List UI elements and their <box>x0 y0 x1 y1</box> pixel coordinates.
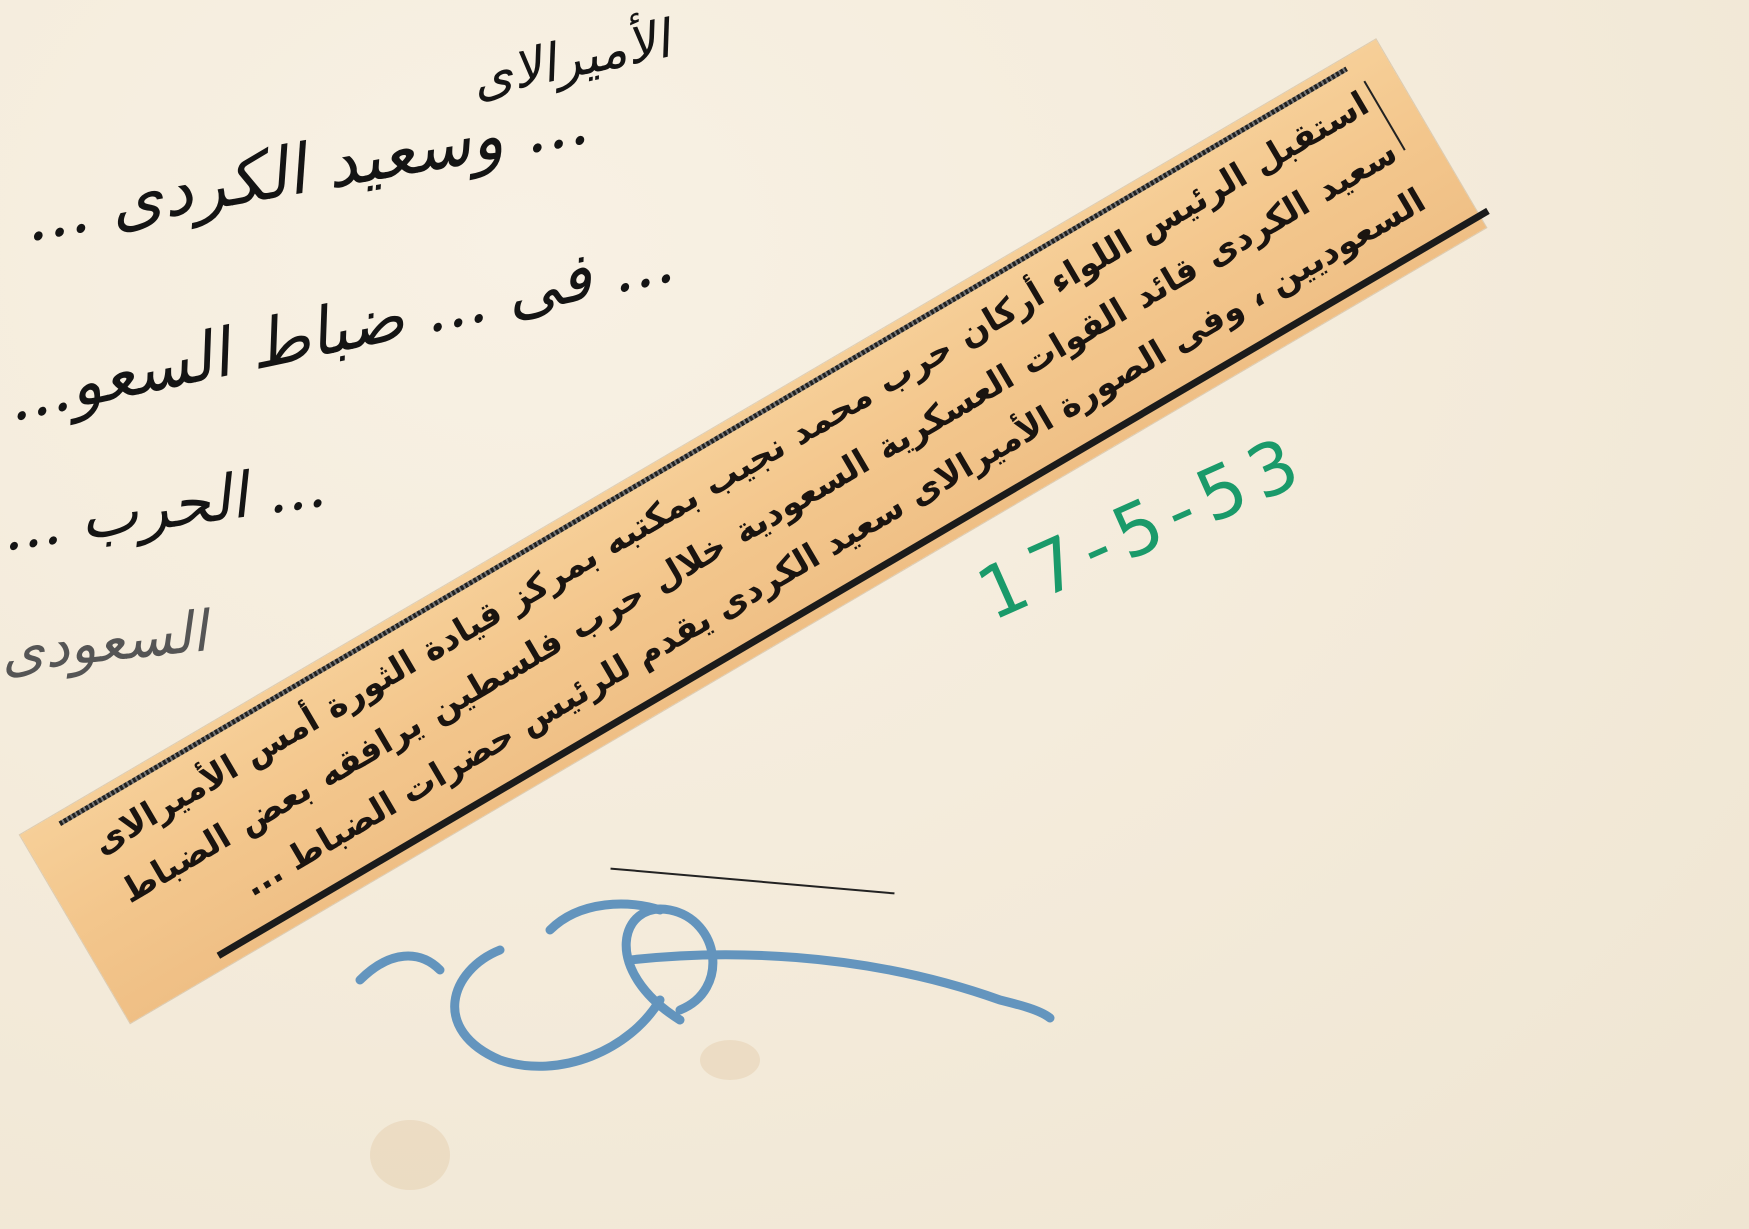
handwriting-line-3: ... فى ... ضباط السعو... <box>0 220 680 437</box>
handwriting-line-5: السعودى <box>0 599 210 685</box>
handwriting-line-2: ... وسعيد الكردى ... <box>17 81 594 258</box>
signature-icon <box>300 800 1200 1100</box>
stain <box>370 1120 450 1190</box>
handwriting-line-4: ... الحرب ... <box>0 448 330 566</box>
